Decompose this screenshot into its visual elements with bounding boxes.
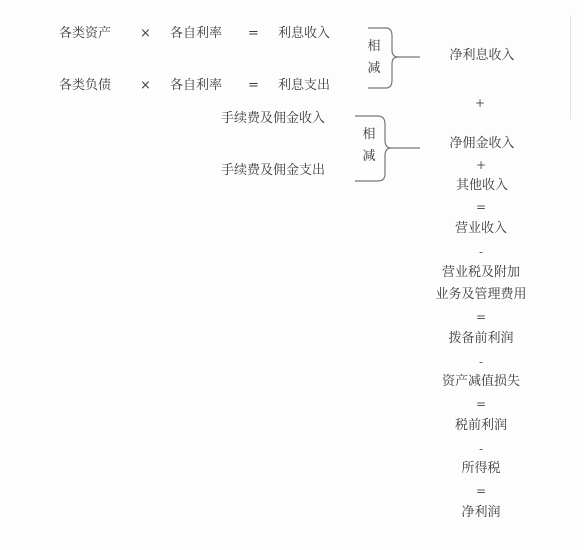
net-profit: 净利润: [461, 505, 500, 521]
income-tax: 所得税: [461, 461, 500, 477]
operating-revenue: 营业收入: [455, 221, 507, 237]
edge-divider: [570, 15, 571, 119]
other-income: 其他收入: [456, 178, 508, 194]
equals-sign: =: [476, 484, 486, 498]
minus-sign: -: [479, 245, 483, 259]
business-tax-surcharges: 营业税及附加: [442, 265, 520, 281]
plus-sign: +: [476, 158, 486, 172]
subtract-label-2: 相 减: [361, 124, 377, 168]
subtract-label-1: 相 减: [366, 36, 382, 80]
net-commission-income: 净佣金收入: [449, 136, 514, 152]
equals-sign: =: [476, 397, 486, 411]
diagram-canvas: 各类资产 × 各自利率 = 利息收入 各类负债 × 各自利率 = 利息支出 手续…: [0, 0, 584, 550]
asset-impairment-loss: 资产减值损失: [442, 374, 520, 390]
pre-provision-profit: 拨备前利润: [448, 331, 513, 347]
minus-sign: -: [479, 355, 483, 369]
plus-sign: +: [475, 96, 485, 110]
business-admin-expenses: 业务及管理费用: [435, 287, 526, 303]
equals-sign: =: [476, 310, 486, 324]
minus-sign: -: [479, 442, 483, 456]
equals-sign: =: [476, 200, 486, 214]
pre-tax-profit: 税前利润: [455, 418, 507, 434]
net-interest-income: 净利息收入: [449, 48, 514, 64]
